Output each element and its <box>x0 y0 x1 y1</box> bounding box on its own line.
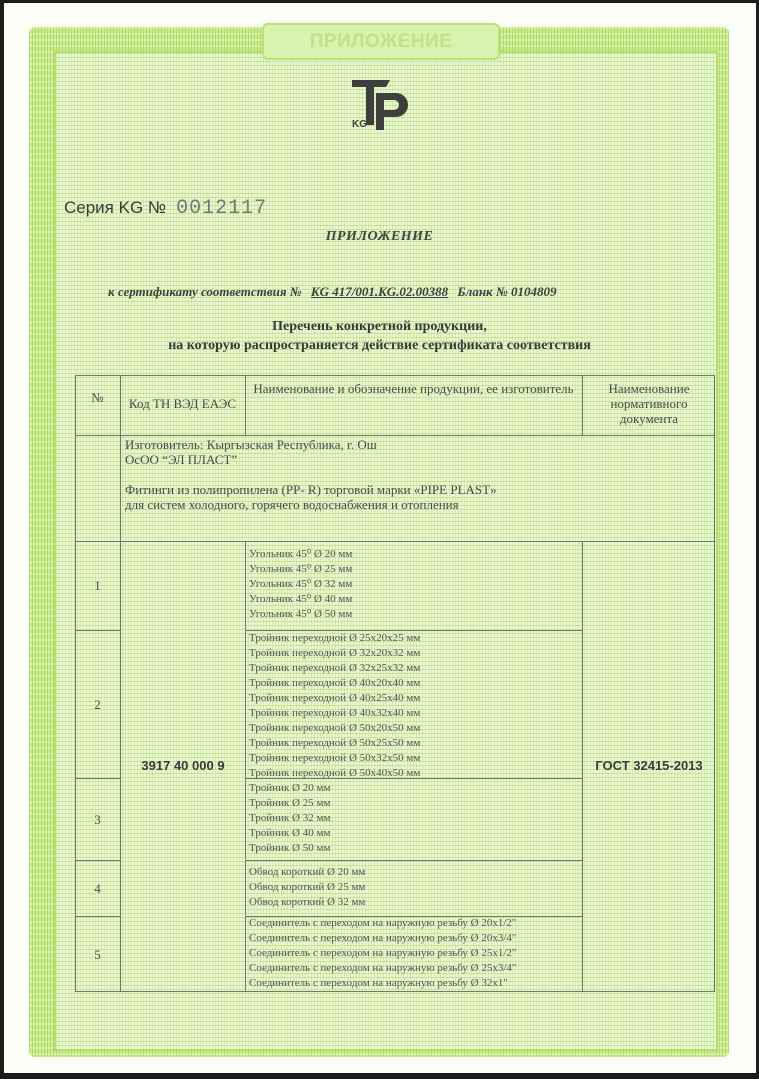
svg-text:KG: KG <box>352 119 367 130</box>
product-item: Соединитель с переходом на наружную резь… <box>249 916 516 931</box>
series-value: 0012117 <box>176 197 267 220</box>
product-item: Обвод короткий Ø 25 мм <box>249 880 365 895</box>
product-item: Тройник переходной Ø 32x20x32 мм <box>249 646 420 661</box>
product-item: Тройник переходной Ø 40x20x40 мм <box>249 676 420 691</box>
product-item: Тройник переходной Ø 40x25x40 мм <box>249 691 420 706</box>
product-item: Тройник переходной Ø 50x32x50 мм <box>249 751 420 766</box>
product-line-1: Фитинги из полипропилена (PP- R) торгово… <box>125 482 705 497</box>
product-item: Тройник Ø 25 мм <box>249 796 330 811</box>
row-2-items: Тройник переходной Ø 25x20x25 ммТройник … <box>249 631 420 781</box>
product-item: Обвод короткий Ø 20 мм <box>249 865 365 880</box>
product-item: Тройник Ø 40 мм <box>249 826 330 841</box>
hs-code: 3917 40 000 9 <box>121 755 245 775</box>
product-item: Тройник переходной Ø 50x20x50 мм <box>249 721 420 736</box>
header-standard: Наименование нормативного документа <box>587 381 711 426</box>
product-item: Тройник переходной Ø 50x40x50 мм <box>249 766 420 781</box>
product-item: Тройник Ø 20 мм <box>249 781 330 796</box>
row-5-items: Соединитель с переходом на наружную резь… <box>249 916 516 991</box>
row-number: 4 <box>75 860 120 916</box>
product-item: Угольник 45⁰ Ø 20 мм <box>249 547 352 562</box>
manufacturer-line-2: ОсОО “ЭЛ ПЛАСТ” <box>125 452 705 467</box>
series-number: Серия KG №0012117 <box>64 197 267 220</box>
standard-code: ГОСТ 32415-2013 <box>583 755 715 775</box>
product-item: Соединитель с переходом на наружную резь… <box>249 946 516 961</box>
product-item: Тройник переходной Ø 25x20x25 мм <box>249 631 420 646</box>
certificate-number: KG 417/001.KG.02.00388 <box>305 284 454 299</box>
manufacturer-line-1: Изготовитель: Кыргызская Республика, г. … <box>125 437 705 452</box>
top-banner: ПРИЛОЖЕНИЕ <box>262 23 500 60</box>
product-item: Угольник 45⁰ Ø 40 мм <box>249 592 352 607</box>
row-number: 2 <box>75 630 120 778</box>
header-number: № <box>75 375 120 419</box>
product-item: Соединитель с переходом на наружную резь… <box>249 976 516 991</box>
row-1-items: Угольник 45⁰ Ø 20 ммУгольник 45⁰ Ø 25 мм… <box>249 547 352 622</box>
certificate-prefix: к сертификату соответствия № <box>108 284 302 299</box>
product-item: Угольник 45⁰ Ø 25 мм <box>249 562 352 577</box>
header-product: Наименование и обозначение продукции, ее… <box>250 381 577 396</box>
product-item: Угольник 45⁰ Ø 50 мм <box>249 607 352 622</box>
certificate-reference: к сертификату соответствия № KG 417/001.… <box>108 284 557 300</box>
header-code: Код ТН ВЭД ЕАЭС <box>125 381 240 425</box>
product-table: № Код ТН ВЭД ЕАЭС Наименование и обознач… <box>75 375 715 992</box>
product-item: Тройник Ø 32 мм <box>249 811 330 826</box>
row-3-items: Тройник Ø 20 ммТройник Ø 25 ммТройник Ø … <box>249 781 330 856</box>
tp-kg-logo-icon: KG <box>352 75 412 135</box>
heading-line-2: на которую распространяется действие сер… <box>0 337 759 355</box>
row-number: 1 <box>75 541 120 630</box>
product-item: Тройник Ø 50 мм <box>249 841 330 856</box>
product-item: Обвод короткий Ø 32 мм <box>249 895 365 910</box>
series-label: Серия KG № <box>64 198 166 217</box>
blank-number: Бланк № 0104809 <box>457 284 556 299</box>
document-title: ПРИЛОЖЕНИЕ <box>0 229 759 245</box>
product-item: Тройник переходной Ø 32x25x32 мм <box>249 661 420 676</box>
row-number: 5 <box>75 916 120 992</box>
row-4-items: Обвод короткий Ø 20 ммОбвод короткий Ø 2… <box>249 865 365 910</box>
product-item: Тройник переходной Ø 50x25x50 мм <box>249 736 420 751</box>
row-number: 3 <box>75 778 120 860</box>
product-item: Соединитель с переходом на наружную резь… <box>249 961 516 976</box>
product-line-2: для систем холодного, горячего водоснабж… <box>125 497 705 512</box>
product-item: Угольник 45⁰ Ø 32 мм <box>249 577 352 592</box>
manufacturer-block: Изготовитель: Кыргызская Республика, г. … <box>125 437 705 512</box>
product-item: Соединитель с переходом на наружную резь… <box>249 931 516 946</box>
product-item: Тройник переходной Ø 40x32x40 мм <box>249 706 420 721</box>
heading-line-1: Перечень конкретной продукции, <box>0 318 759 336</box>
